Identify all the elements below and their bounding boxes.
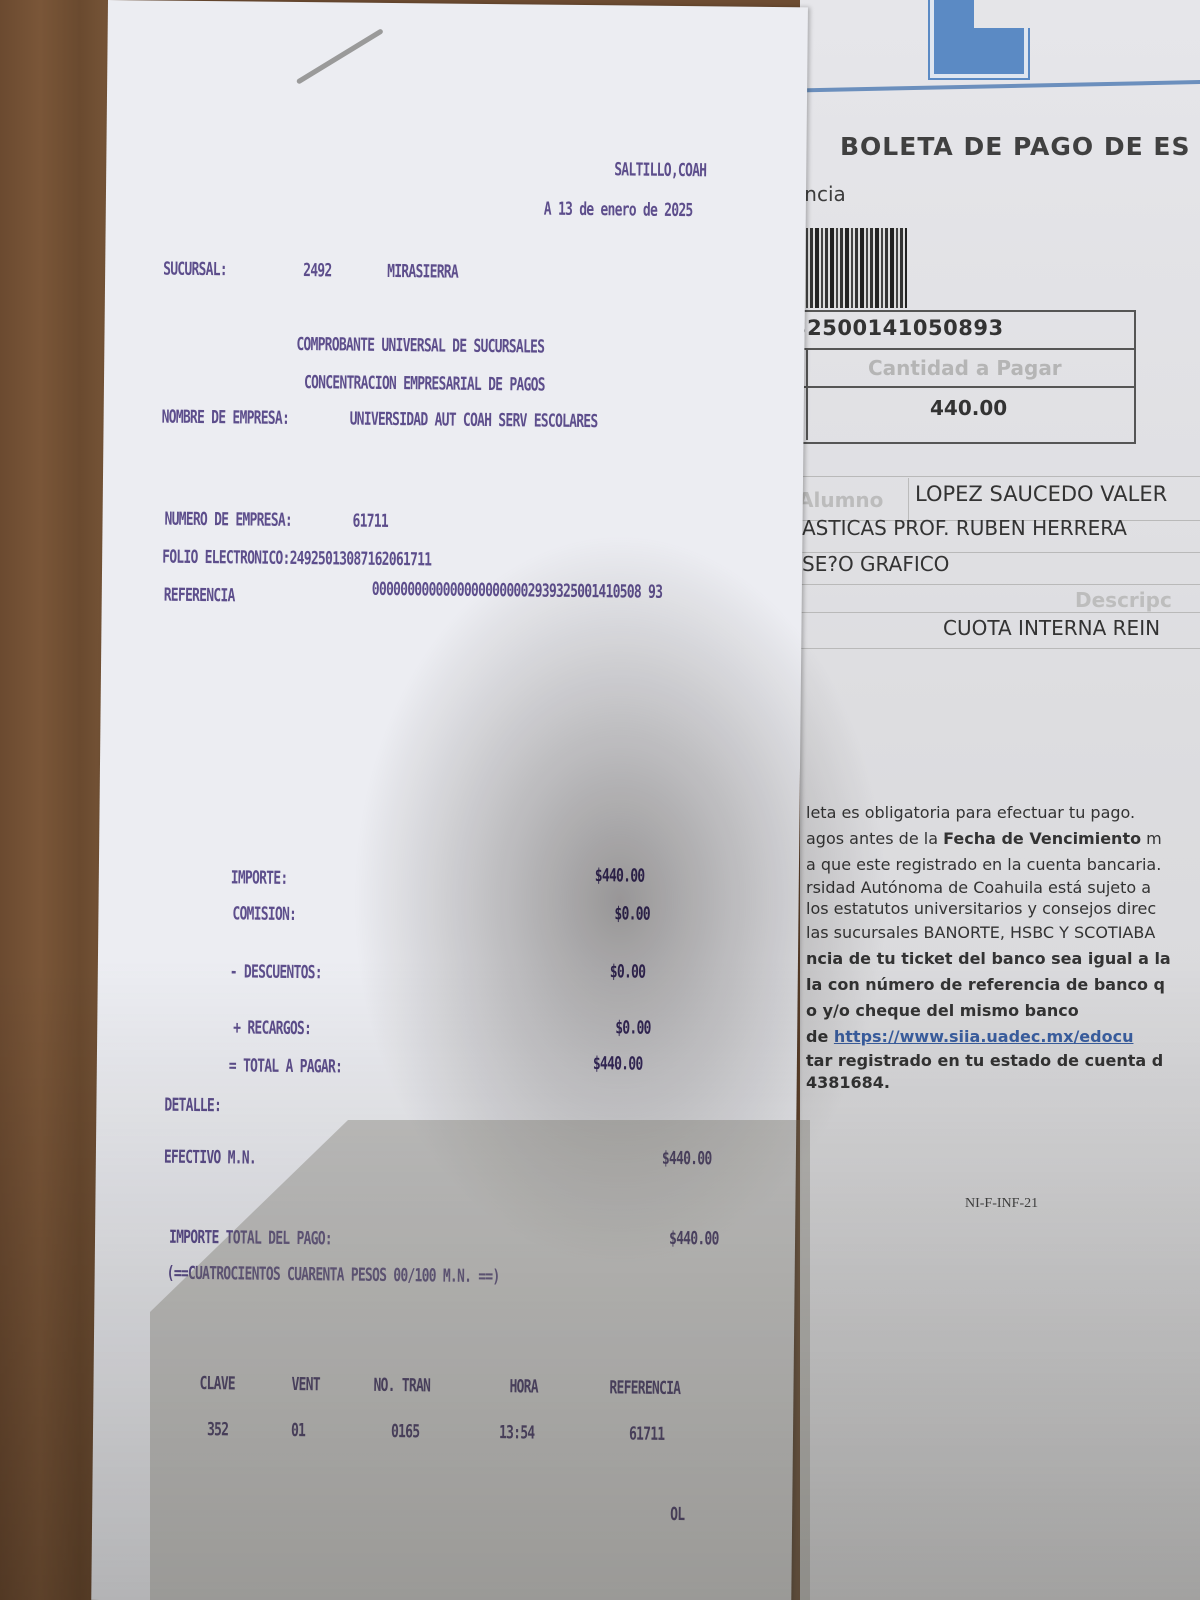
boleta-document: BOLETA DE PAGO DE ES encia 3250014105089… xyxy=(800,0,1200,1600)
receipt-title-1: COMPROBANTE UNIVERSAL DE SUCURSALES xyxy=(296,334,544,358)
table-divider xyxy=(790,348,1134,350)
descuentos-label: - DESCUENTOS: xyxy=(230,961,322,983)
importe-label: IMPORTE: xyxy=(231,867,288,889)
referencia-value: 00000000000000000000002939325001410508 9… xyxy=(372,579,663,603)
note-line: las sucursales BANORTE, HSBC Y SCOTIABA xyxy=(806,920,1171,946)
hora-value: 13:54 xyxy=(499,1422,535,1443)
folio-electronico: FOLIO ELECTRONICO:24925013087162061711 xyxy=(162,547,431,571)
table-divider xyxy=(806,350,808,440)
alumno-label: Alumno xyxy=(798,488,883,512)
col-hora-header: HORA xyxy=(509,1376,538,1397)
table-divider xyxy=(790,386,1134,388)
footer-code: OL xyxy=(670,1504,684,1525)
referencia-footer-value: 61711 xyxy=(629,1424,665,1445)
cantidad-label: Cantidad a Pagar xyxy=(868,356,1062,380)
alumno-value: LOPEZ SAUCEDO VALER xyxy=(915,482,1167,506)
col-referencia-header: REFERENCIA xyxy=(609,1377,680,1399)
field-divider xyxy=(800,584,1200,585)
university-logo-icon xyxy=(930,0,1028,78)
cantidad-value: 440.00 xyxy=(930,396,1007,420)
note-line: leta es obligatoria para efectuar tu pag… xyxy=(806,800,1171,826)
field-divider xyxy=(908,478,909,520)
note-line: tar registrado en tu estado de cuenta d xyxy=(806,1050,1171,1072)
note-line: ncia de tu ticket del banco sea igual a … xyxy=(806,946,1171,972)
note-line: la con número de referencia de banco q xyxy=(806,972,1171,998)
pencil-mark-icon xyxy=(296,28,384,84)
col-notran-header: NO. TRAN xyxy=(373,1375,430,1397)
receipt-date: A 13 de enero de 2025 xyxy=(544,199,693,222)
note-line: de https://www.siia.uadec.mx/edocu xyxy=(806,1024,1171,1050)
note-line: 4381684. xyxy=(806,1072,1171,1094)
referencia-label: REFERENCIA xyxy=(164,585,235,607)
efectivo-value: $440.00 xyxy=(662,1148,712,1170)
note-line: a que este registrado en la cuenta banca… xyxy=(806,852,1171,878)
importe-value: $440.00 xyxy=(595,865,645,887)
note-line: los estatutos universitarios y consejos … xyxy=(806,898,1171,920)
field-divider xyxy=(800,476,1200,477)
recargos-label: + RECARGOS: xyxy=(233,1017,311,1039)
boleta-title: BOLETA DE PAGO DE ES xyxy=(840,132,1190,161)
comision-label: COMISION: xyxy=(232,903,296,925)
empresa-number-label: NUMERO DE EMPRESA: xyxy=(164,509,292,531)
descuentos-value: $0.00 xyxy=(610,961,646,982)
amount-in-words: (==CUATROCIENTOS CUARENTA PESOS 00/100 M… xyxy=(167,1263,500,1287)
descripcion-label: Descripc xyxy=(1075,588,1172,612)
detalle-label: DETALLE: xyxy=(164,1095,221,1117)
empresa-name: UNIVERSIDAD AUT COAH SERV ESCOLARES xyxy=(350,409,598,433)
comision-value: $0.00 xyxy=(614,903,650,924)
barcode-icon xyxy=(795,228,907,308)
receipt-title-2: CONCENTRACION EMPRESARIAL DE PAGOS xyxy=(304,372,545,396)
sucursal-name: MIRASIERRA xyxy=(387,261,458,283)
form-code: NI-F-INF-21 xyxy=(965,1196,1038,1212)
note-line: agos antes de la Fecha de Vencimiento m xyxy=(806,826,1171,852)
instructions-list: leta es obligatoria para efectuar tu pag… xyxy=(806,800,1171,1094)
efectivo-label: EFECTIVO M.N. xyxy=(164,1147,256,1169)
bank-receipt: SALTILLO,COAH A 13 de enero de 2025 SUCU… xyxy=(91,0,808,1600)
reference-number: 32500141050893 xyxy=(792,316,1004,340)
clave-value: 352 xyxy=(207,1419,228,1440)
recargos-value: $0.00 xyxy=(615,1017,651,1038)
escuela-value: ASTICAS PROF. RUBEN HERRERA xyxy=(802,516,1127,540)
field-divider xyxy=(800,648,1200,649)
empresa-name-label: NOMBRE DE EMPRESA: xyxy=(162,407,290,429)
receipt-city: SALTILLO,COAH xyxy=(614,159,706,181)
col-clave-header: CLAVE xyxy=(199,1373,235,1394)
col-vent-header: VENT xyxy=(291,1374,320,1395)
note-line: o y/o cheque del mismo banco xyxy=(806,998,1171,1024)
importe-total-label: IMPORTE TOTAL DEL PAGO: xyxy=(169,1227,332,1250)
sucursal-number: 2492 xyxy=(303,260,332,281)
carrera-value: SE?O GRAFICO xyxy=(802,552,949,576)
note-line: rsidad Autónoma de Coahuila está sujeto … xyxy=(806,878,1171,898)
importe-total-value: $440.00 xyxy=(669,1228,719,1250)
vent-value: 01 xyxy=(291,1420,305,1441)
total-value: $440.00 xyxy=(593,1053,643,1075)
notran-value: 0165 xyxy=(391,1421,420,1442)
empresa-number: 61711 xyxy=(352,511,388,532)
total-label: = TOTAL A PAGAR: xyxy=(229,1055,343,1077)
header-divider xyxy=(790,79,1200,92)
siia-link[interactable]: https://www.siia.uadec.mx/edocu xyxy=(834,1027,1134,1046)
field-divider xyxy=(800,612,1200,613)
concepto-value: CUOTA INTERNA REIN xyxy=(943,616,1160,640)
sucursal-label: SUCURSAL: xyxy=(163,259,227,281)
